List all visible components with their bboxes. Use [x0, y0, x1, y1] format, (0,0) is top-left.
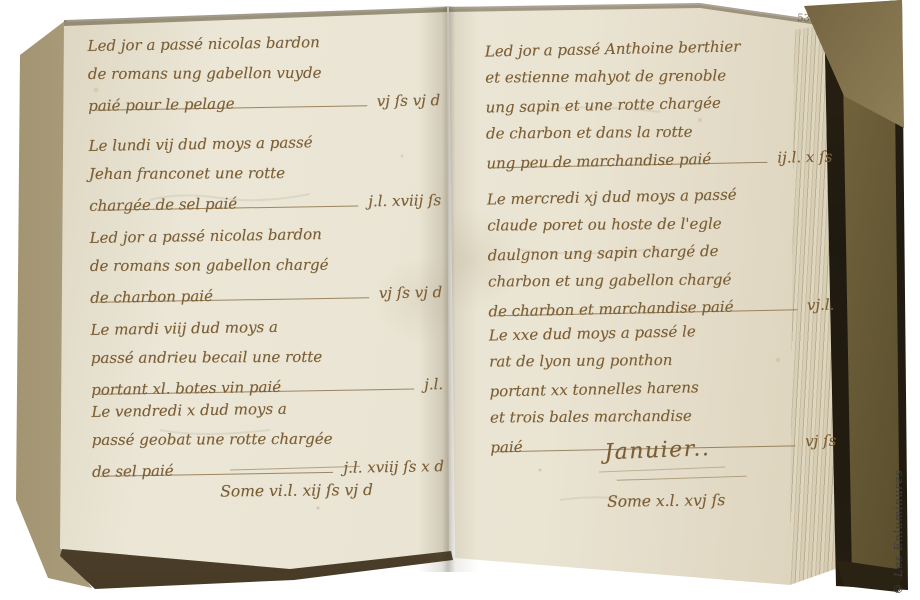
entry-line-text: de sel paié	[92, 456, 174, 487]
entry-line: de charbon paié vj ſs vj d	[90, 277, 442, 313]
entry-line: paié pour le pelage vj ſs vj d	[88, 85, 440, 121]
entry-amount: vj ſs vj d	[378, 277, 442, 308]
entry-line: Le lundi vij dud moys a passé	[88, 125, 440, 161]
entry-line: passé geobat une rotte chargée	[92, 423, 444, 455]
ledger-entry: Led jor a passé Anthoine berthier et est…	[485, 32, 833, 177]
entry-line: ung peu de marchandise paié ij.l. x ſs	[486, 143, 832, 178]
ledger-entry: Led jor a passé nicolas bardon de romans…	[87, 26, 440, 120]
entry-amount: ij.l. x ſs	[777, 143, 833, 172]
entry-line: de romans son gabellon chargé	[90, 249, 442, 281]
entry-line: passé andrieu becail une rotte	[91, 341, 443, 373]
entry-line-text: ung peu de marchandise paié	[486, 145, 711, 178]
ledger-entry: Led jor a passé nicolas bardon de romans…	[89, 218, 442, 312]
entry-line: de romans ung gabellon vuyde	[88, 57, 440, 89]
ledger-entry: Le lundi vij dud moys a passé Jehan fran…	[88, 126, 441, 220]
entry-amount: j.l. xviij ſs	[368, 185, 441, 216]
ledger-entry: Le vendredi x dud moys a passé geobat un…	[91, 392, 444, 486]
entry-line-text: paié	[490, 433, 523, 462]
copyright-watermark: © Les Enluminures	[891, 446, 905, 596]
entry-line-text: de charbon paié	[90, 281, 213, 313]
entry-line-text: chargée de sel paié	[89, 188, 237, 220]
entry-amount: vj ſs vj d	[376, 85, 440, 116]
entry-line: Led jor a passé nicolas bardon	[89, 217, 441, 253]
month-heading: Januier..	[598, 435, 725, 472]
manuscript-photo: 53 Led jor a passé nicolas bardon de rom…	[0, 0, 920, 600]
entry-line: chargée de sel paié j.l. xviij ſs	[89, 185, 441, 221]
ledger-entry: Le mercredi xj dud moys a passé claude p…	[487, 180, 835, 325]
entry-line: Led jor a passé nicolas bardon	[87, 25, 439, 61]
page-sum: Some vi.l. xij ſs vj d	[220, 481, 373, 501]
entry-line-text: paié pour le pelage	[88, 89, 235, 121]
entry-line: Le mardi viij dud moys a	[90, 309, 442, 345]
entry-amount: vj ſs	[805, 427, 837, 456]
entry-line: Jehan franconet une rotte	[89, 157, 441, 189]
left-page-text: Led jor a passé nicolas bardon de romans…	[87, 0, 445, 562]
right-page-text: Led jor a passé Anthoine berthier et est…	[484, 0, 838, 562]
page-sum: Some x.l. xvj ſs	[607, 491, 725, 511]
ledger-entry: Le mardi viij dud moys a passé andrieu b…	[90, 310, 443, 404]
entry-line: Le vendredi x dud moys a	[91, 391, 443, 427]
